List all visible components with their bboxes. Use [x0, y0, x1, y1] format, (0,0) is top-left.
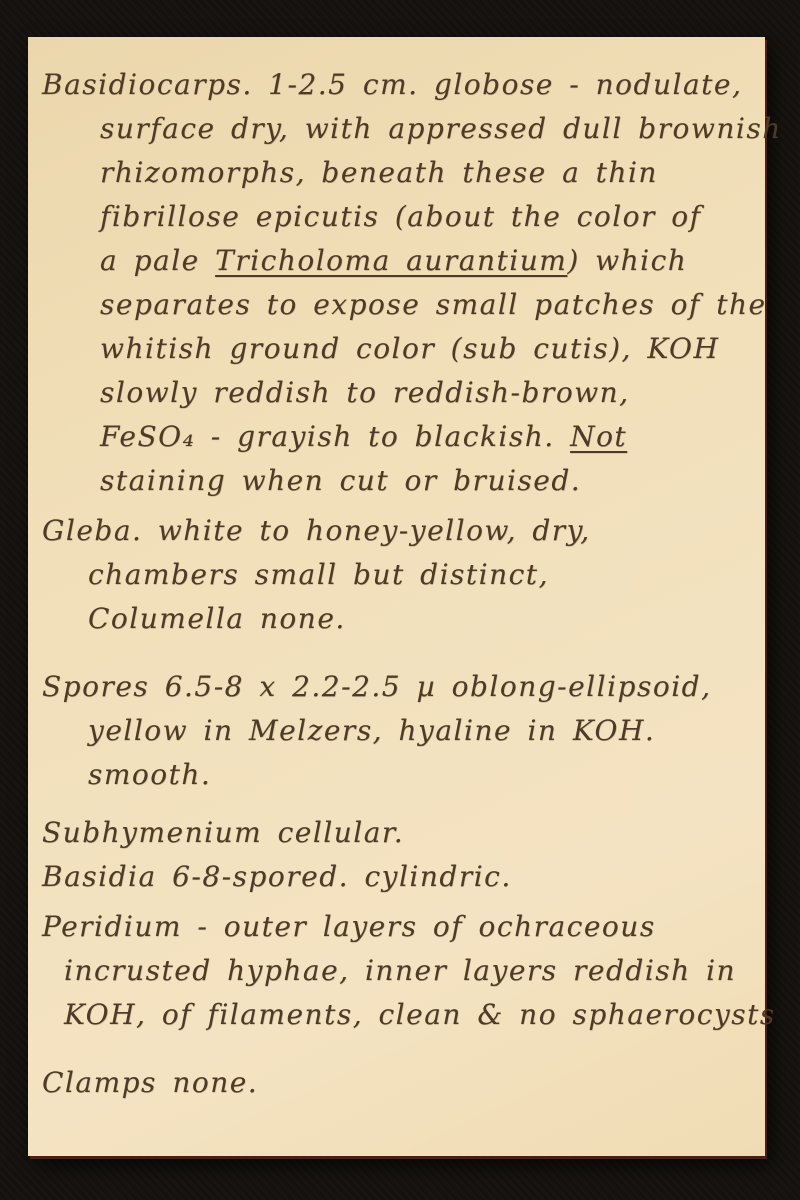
line-text: ) which [567, 244, 687, 277]
basidia-line: Basidia 6-8-spored. cylindric. [42, 855, 765, 899]
basidiocarps-line-7: whitish ground color (sub cutis), KOH [100, 327, 765, 371]
subhymenium-line: Subhymenium cellular. [42, 811, 765, 855]
basidiocarps-line-9: FeSO₄ - grayish to blackish. Not [100, 415, 765, 459]
species-name-underlined: Tricholoma aurantium [215, 244, 567, 277]
basidiocarps-line-3: rhizomorphs, beneath these a thin [100, 151, 765, 195]
basidiocarps-line-5: a pale Tricholoma aurantium) which [100, 239, 765, 283]
basidiocarps-line-2: surface dry, with appressed dull brownis… [100, 107, 765, 151]
spores-line-2: yellow in Melzers, hyaline in KOH. [88, 709, 765, 753]
line-text: FeSO₄ - grayish to blackish. [100, 420, 570, 453]
index-card: Basidiocarps. 1-2.5 cm. globose - nodula… [28, 37, 765, 1156]
not-underlined: Not [570, 420, 627, 453]
spores-line-3: smooth. [88, 753, 765, 797]
basidiocarps-line-6: separates to expose small patches of the [100, 283, 765, 327]
basidiocarps-line-8: slowly reddish to reddish-brown, [100, 371, 765, 415]
peridium-line-1: Peridium - outer layers of ochraceous [42, 905, 765, 949]
gleba-line-3: Columella none. [88, 597, 765, 641]
gleba-line-1: Gleba. white to honey-yellow, dry, [42, 509, 765, 553]
basidiocarps-line-4: fibrillose epicutis (about the color of [100, 195, 765, 239]
clamps-line: Clamps none. [42, 1061, 765, 1105]
spores-line-1: Spores 6.5-8 x 2.2-2.5 µ oblong-ellipsoi… [42, 665, 765, 709]
photo-background: { "photo": { "background_color": "#14110… [0, 0, 800, 1200]
gleba-line-2: chambers small but distinct, [88, 553, 765, 597]
line-text: a pale [100, 244, 215, 277]
basidiocarps-line-1: Basidiocarps. 1-2.5 cm. globose - nodula… [42, 63, 765, 107]
basidiocarps-line-10: staining when cut or bruised. [100, 459, 765, 503]
peridium-line-2: incrusted hyphae, inner layers reddish i… [64, 949, 765, 993]
peridium-line-3: KOH, of filaments, clean & no sphaerocys… [64, 993, 765, 1037]
